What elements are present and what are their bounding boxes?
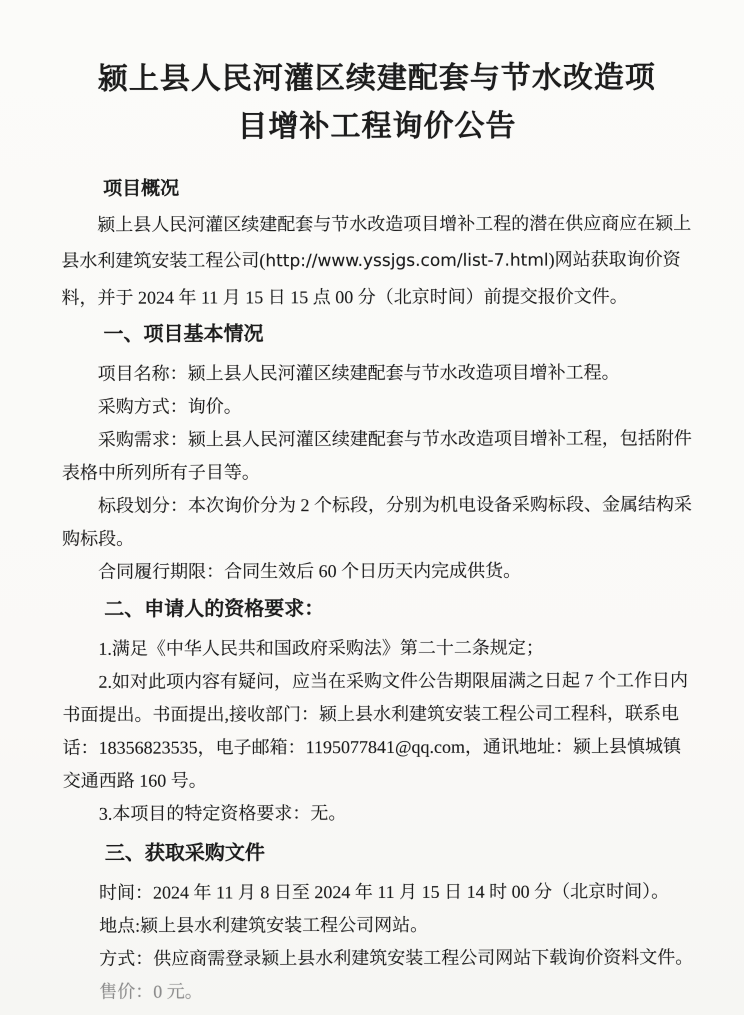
document-url-text: http://www.yssjgs.com/list-7.html — [265, 251, 548, 272]
paragraph-contract-period: 合同履行期限：合同生效后 60 个日历天内完成供货。 — [62, 554, 694, 589]
qualification-item-1: 1.满足《中华人民共和国政府采购法》第二十二条规定； — [62, 631, 694, 666]
section-2-heading: 二、申请人的资格要求： — [62, 593, 694, 625]
paragraph-procurement-requirement: 采购需求：颍上县人民河灌区续建配套与节水改造项目增补工程，包括附件表格中所列所有… — [62, 422, 694, 490]
line-obtain-method: 方式：供应商需登录颍上县水利建筑安装工程公司网站下载询价资料文件。 — [63, 941, 695, 976]
overview-paragraph: 颍上县人民河灌区续建配套与节水改造项目增补工程的潜在供应商应在颍上县水利建筑安装… — [61, 205, 693, 316]
document-title: 颍上县人民河灌区续建配套与节水改造项目增补工程询价公告 — [97, 54, 657, 151]
paragraph-lot-division: 标段划分：本次询价分为 2 个标段，分别为机电设备采购标段、金属结构采购标段。 — [62, 488, 694, 556]
qualification-item-2: 2.如对此项内容有疑问，应当在采购文件公告期限届满之日起 7 个工作日内书面提出… — [62, 664, 694, 798]
section-3-heading: 三、获取采购文件 — [63, 837, 695, 869]
line-obtain-location: 地点:颍上县水利建筑安装工程公司网站。 — [63, 908, 695, 943]
paragraph-project-name: 项目名称：颍上县人民河灌区续建配套与节水改造项目增补工程。 — [62, 356, 694, 391]
section-1-heading: 一、项目基本情况 — [62, 318, 694, 350]
line-obtain-time: 时间：2024 年 11 月 8 日至 2024 年 11 月 15 日 14 … — [63, 875, 695, 910]
line-document-price: 售价：0 元。 — [63, 974, 695, 1009]
qualification-item-3: 3.本项目的特定资格要求：无。 — [63, 796, 695, 831]
paragraph-procurement-method: 采购方式：询价。 — [62, 389, 694, 424]
document-page: 颍上县人民河灌区续建配套与节水改造项目增补工程询价公告 项目概况 颍上县人民河灌… — [0, 0, 744, 1015]
document-sheet: 颍上县人民河灌区续建配套与节水改造项目增补工程询价公告 项目概况 颍上县人民河灌… — [0, 0, 744, 1015]
overview-heading: 项目概况 — [61, 175, 693, 203]
